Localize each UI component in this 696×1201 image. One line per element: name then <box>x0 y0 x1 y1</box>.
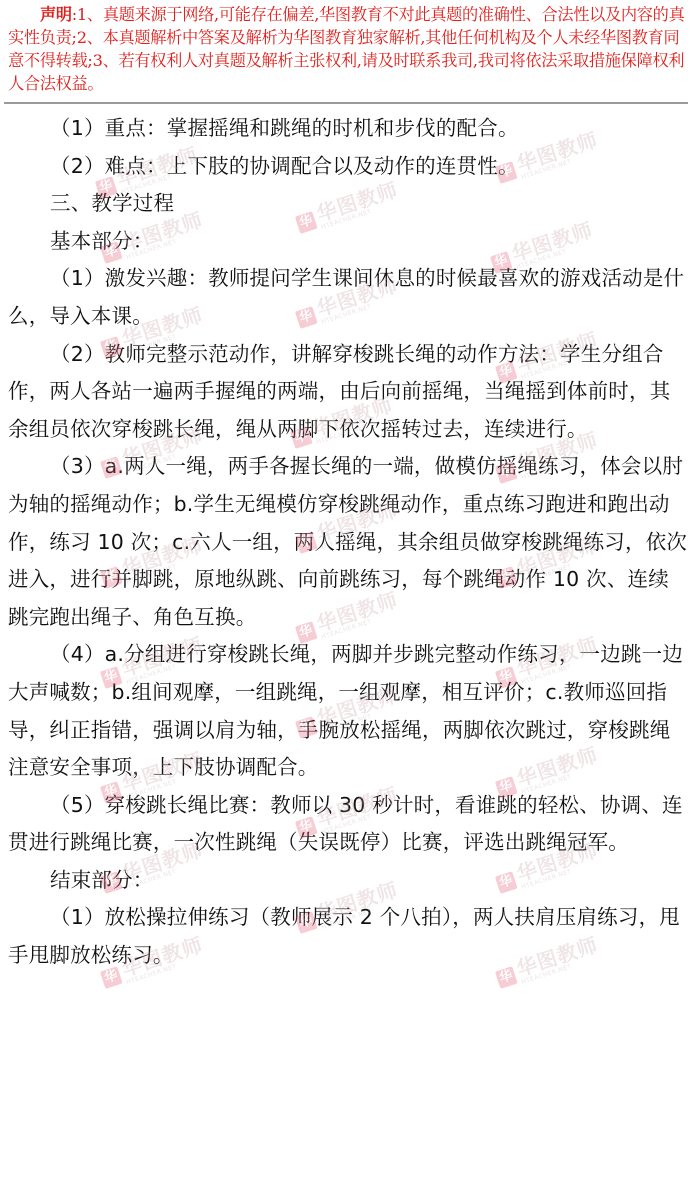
disclaimer-text: :1、真题来源于网络,可能存在偏差,华图教育不对此真题的准确性、合法性以及内容的… <box>8 5 684 93</box>
key-point: （1）重点：掌握摇绳和跳绳的时机和步伐的配合。 <box>8 110 688 148</box>
section-title: 三、教学过程 <box>8 185 688 223</box>
basic-step: （4）a.分组进行穿梭跳长绳，两脚并步跳完整动作练习，一边跳一边大声喊数；b.组… <box>8 636 688 786</box>
basic-step: （2）教师完整示范动作，讲解穿梭跳长绳的动作方法：学生分组合作，两人各站一遍两手… <box>8 336 688 449</box>
basic-step: （3）a.两人一绳，两手各握长绳的一端，做模仿摇绳练习，体会以肘为轴的摇绳动作；… <box>8 448 688 636</box>
basic-step: （5）穿梭跳长绳比赛：教师以 30 秒计时，看谁跳的轻松、协调、连贯进行跳绳比赛… <box>8 787 688 862</box>
difficult-point: （2）难点：上下肢的协调配合以及动作的连贯性。 <box>8 148 688 186</box>
ending-step: （1）放松操拉伸练习（教师展示 2 个八拍），两人扶肩压肩练习，甩手甩脚放松练习… <box>8 899 688 974</box>
disclaimer-notice: 声明:1、真题来源于网络,可能存在偏差,华图教育不对此真题的准确性、合法性以及内… <box>8 3 688 95</box>
basic-step: （1）激发兴趣：教师提问学生课间休息的时候最喜欢的游戏活动是什么，导入本课。 <box>8 260 688 335</box>
basic-part-title: 基本部分： <box>8 223 688 261</box>
ending-part-title: 结束部分： <box>8 862 688 900</box>
disclaimer-label: 声明 <box>40 5 72 24</box>
header-separator <box>4 102 688 104</box>
lesson-plan-body: （1）重点：掌握摇绳和跳绳的时机和步伐的配合。 （2）难点：上下肢的协调配合以及… <box>8 110 688 975</box>
